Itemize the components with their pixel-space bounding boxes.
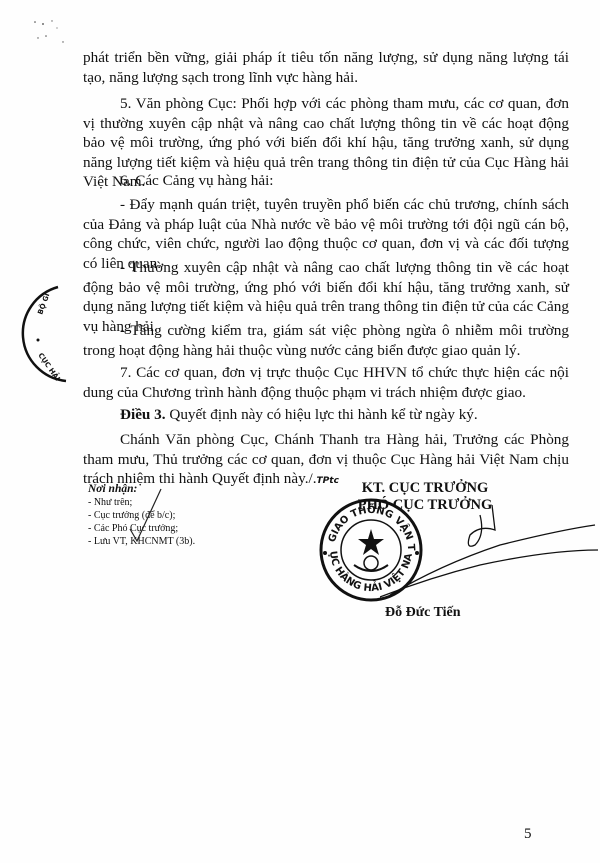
document-page: phát triển bền vững, giải pháp ít tiêu t… xyxy=(0,0,600,863)
handwritten-initials: TPtc xyxy=(317,476,339,486)
scan-speckles xyxy=(30,18,70,48)
article-3: Điều 3. Quyết định này có hiệu lực thi h… xyxy=(83,405,569,425)
paragraph-item-7: 7. Các cơ quan, đơn vị trực thuộc Cục HH… xyxy=(83,363,569,402)
page-number: 5 xyxy=(524,826,532,843)
paragraph-continuation: phát triển bền vững, giải pháp ít tiêu t… xyxy=(83,48,569,87)
article-3-text: Quyết định này có hiệu lực thi hành kể t… xyxy=(166,406,478,423)
paragraph-item-6c: - Tăng cường kiểm tra, giám sát việc phò… xyxy=(83,321,569,360)
article-3-label: Điều 3. xyxy=(120,406,166,423)
paragraph-item-6: 6. Các Cảng vụ hàng hải: xyxy=(83,171,569,191)
handwritten-signature xyxy=(380,505,600,615)
partial-seal-icon: BỘ GI CỤC HẢI xyxy=(18,285,78,385)
handwritten-check-mark xyxy=(125,485,165,545)
signer-name: Đỗ Đức Tiến xyxy=(385,605,461,621)
svg-text:BỘ GI: BỘ GI xyxy=(35,292,51,316)
